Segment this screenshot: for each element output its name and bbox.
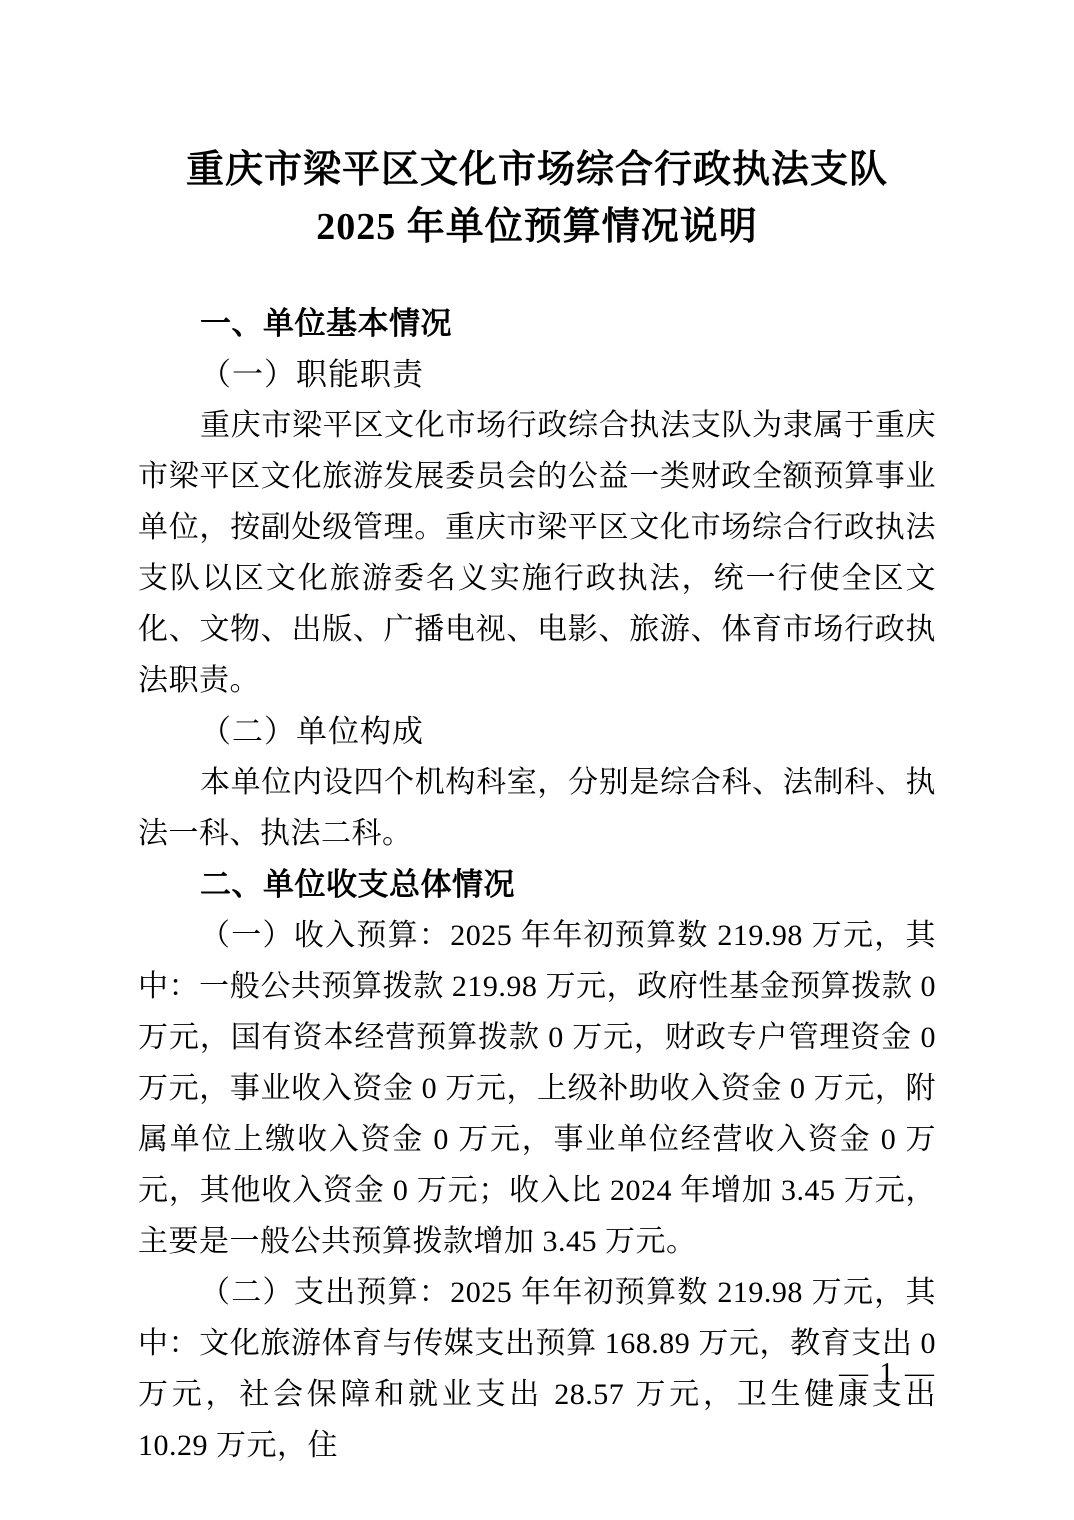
- document-body: 一、单位基本情况 （一）职能职责 重庆市梁平区文化市场行政综合执法支队为隶属于重…: [138, 298, 936, 1471]
- page-number: — 1 —: [839, 1349, 936, 1397]
- paragraph-duties: 重庆市梁平区文化市场行政综合执法支队为隶属于重庆市梁平区文化旅游发展委员会的公益…: [138, 400, 936, 706]
- subsection-heading-composition: （二）单位构成: [138, 706, 936, 757]
- section-heading-revenue-expenditure: 二、单位收支总体情况: [138, 859, 936, 910]
- document-title-line-2: 2025 年单位预算情况说明: [138, 199, 936, 256]
- paragraph-composition: 本单位内设四个机构科室，分别是综合科、法制科、执法一科、执法二科。: [138, 757, 936, 859]
- paragraph-expenditure-budget: （二）支出预算：2025 年年初预算数 219.98 万元，其中：文化旅游体育与…: [138, 1267, 936, 1471]
- section-heading-basic-info: 一、单位基本情况: [138, 298, 936, 349]
- document-page: 重庆市梁平区文化市场综合行政执法支队 2025 年单位预算情况说明 一、单位基本…: [0, 0, 1074, 1520]
- paragraph-income-budget: （一）收入预算：2025 年年初预算数 219.98 万元，其中：一般公共预算拨…: [138, 910, 936, 1267]
- document-title-line-1: 重庆市梁平区文化市场综合行政执法支队: [138, 142, 936, 199]
- subsection-heading-duties: （一）职能职责: [138, 349, 936, 400]
- document-title: 重庆市梁平区文化市场综合行政执法支队 2025 年单位预算情况说明: [138, 142, 936, 256]
